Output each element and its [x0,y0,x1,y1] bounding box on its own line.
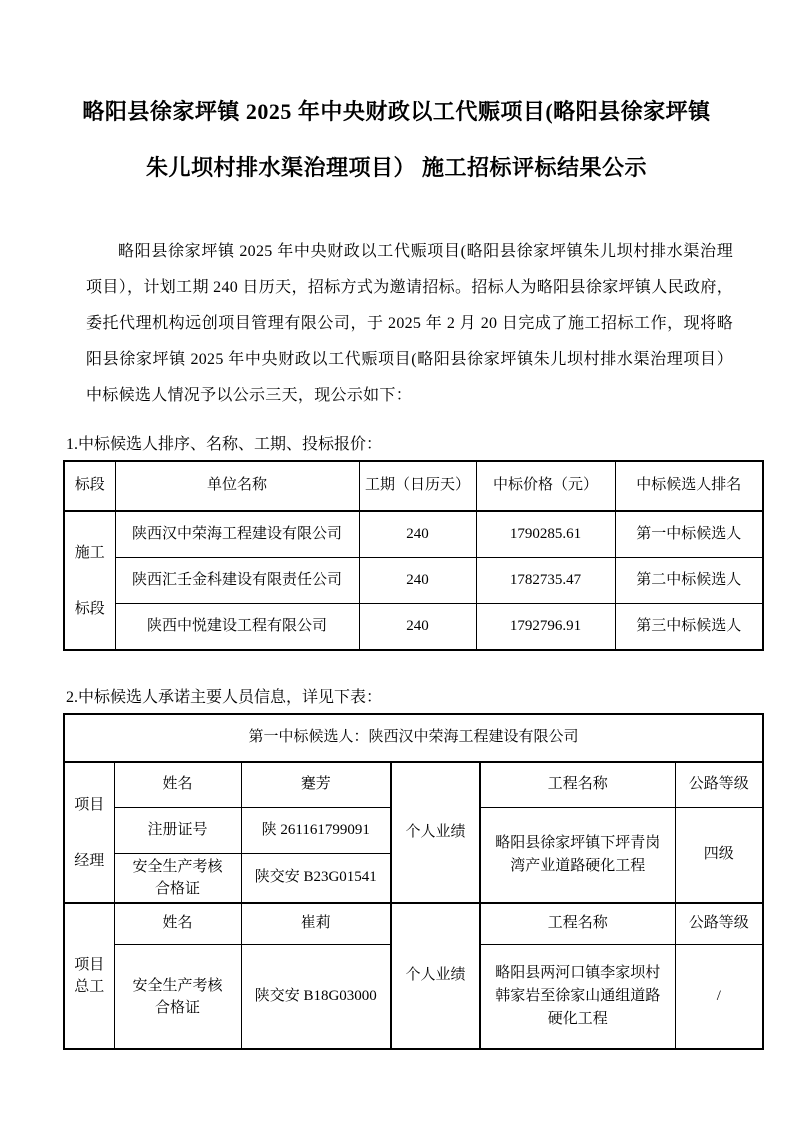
company-name-cell: 陕西汉中荣海工程建设有限公司 [115,511,359,558]
header-cell-rank: 中标候选人排名 [615,461,763,511]
manager-name-value: 蹇芳 [241,762,391,808]
section-label-line-1: 施工 [69,525,111,581]
bid-table-row-3: 陕西中悦建设工程有限公司 240 1792796.91 第三中标候选人 [64,604,763,651]
duration-cell: 240 [359,558,476,604]
chief-performance-label: 个人业绩 [391,903,480,1049]
chief-cert-label-line-1: 安全生产考核 [119,975,237,997]
section-label-line-2: 标段 [69,581,111,637]
manager-cert-label-line-1: 安全生产考核 [119,856,237,878]
section-1-heading: 1.中标候选人排序、名称、工期、投标报价： [66,434,793,456]
manager-cert-value: 陕交安 B23G01541 [241,854,391,904]
price-cell: 1782735.47 [476,558,615,604]
rank-cell: 第二中标候选人 [615,558,763,604]
chief-name-value: 崔莉 [241,903,391,945]
section-label-cell: 施工 标段 [64,511,115,650]
candidate-company-row: 第一中标候选人：陕西汉中荣海工程建设有限公司 [64,714,763,762]
chief-grade-value: / [675,945,763,1050]
header-cell-duration: 工期（日历天） [359,461,476,511]
chief-cert-value: 陕交安 B18G03000 [241,945,391,1050]
header-cell-section: 标段 [64,461,115,511]
chief-role-cell: 项目 总工 [64,903,114,1049]
chief-project-name: 略阳县两河口镇李家坝村韩家岩至徐家山通组道路硬化工程 [480,945,675,1050]
personnel-table: 第一中标候选人：陕西汉中荣海工程建设有限公司 项目 经理 姓名 蹇芳 个人业绩 … [63,713,764,1050]
manager-cert-label-line-2: 合格证 [119,878,237,900]
manager-role-line-1: 项目 [69,777,110,833]
manager-grade-header: 公路等级 [675,762,763,808]
bid-table-header-row: 标段 单位名称 工期（日历天） 中标价格（元） 中标候选人排名 [64,461,763,511]
chief-role-line-2: 总工 [69,976,110,998]
manager-reg-value: 陕 261161799091 [241,808,391,854]
chief-project-header: 工程名称 [480,903,675,945]
manager-performance-label: 个人业绩 [391,762,480,903]
document-title-line-2: 朱儿坝村排水渠治理项目） 施工招标评标结果公示 [0,140,793,196]
chief-name-label: 姓名 [114,903,241,945]
manager-reg-label: 注册证号 [114,808,241,854]
candidate-company-cell: 第一中标候选人：陕西汉中荣海工程建设有限公司 [64,714,763,762]
duration-cell: 240 [359,604,476,651]
chief-cert-label-line-2: 合格证 [119,997,237,1019]
manager-project-name: 略阳县徐家坪镇下坪青岗湾产业道路硬化工程 [480,808,675,904]
manager-role-line-2: 经理 [69,833,110,889]
manager-name-label: 姓名 [114,762,241,808]
intro-paragraph: 略阳县徐家坪镇 2025 年中央财政以工代赈项目(略阳县徐家坪镇朱儿坝村排水渠治… [86,234,733,414]
document-title: 略阳县徐家坪镇 2025 年中央财政以工代赈项目(略阳县徐家坪镇 朱儿坝村排水渠… [0,84,793,196]
document-title-line-1: 略阳县徐家坪镇 2025 年中央财政以工代赈项目(略阳县徐家坪镇 [0,84,793,140]
header-cell-price: 中标价格（元） [476,461,615,511]
rank-cell: 第三中标候选人 [615,604,763,651]
header-cell-company: 单位名称 [115,461,359,511]
duration-cell: 240 [359,511,476,558]
company-name-cell: 陕西中悦建设工程有限公司 [115,604,359,651]
chief-role-line-1: 项目 [69,954,110,976]
chief-cert-label: 安全生产考核 合格证 [114,945,241,1050]
chief-name-row: 项目 总工 姓名 崔莉 个人业绩 工程名称 公路等级 [64,903,763,945]
manager-name-row: 项目 经理 姓名 蹇芳 个人业绩 工程名称 公路等级 [64,762,763,808]
bid-table-row-2: 陕西汇壬金科建设有限责任公司 240 1782735.47 第二中标候选人 [64,558,763,604]
chief-grade-header: 公路等级 [675,903,763,945]
company-name-cell: 陕西汇壬金科建设有限责任公司 [115,558,359,604]
manager-project-header: 工程名称 [480,762,675,808]
bid-table-row-1: 施工 标段 陕西汉中荣海工程建设有限公司 240 1790285.61 第一中标… [64,511,763,558]
bid-results-table: 标段 单位名称 工期（日历天） 中标价格（元） 中标候选人排名 施工 标段 陕西… [63,460,764,651]
section-2-heading: 2.中标候选人承诺主要人员信息，详见下表： [66,687,793,709]
document-page: 略阳县徐家坪镇 2025 年中央财政以工代赈项目(略阳县徐家坪镇 朱儿坝村排水渠… [0,0,793,1122]
manager-role-cell: 项目 经理 [64,762,114,903]
manager-grade-value: 四级 [675,808,763,904]
rank-cell: 第一中标候选人 [615,511,763,558]
price-cell: 1790285.61 [476,511,615,558]
price-cell: 1792796.91 [476,604,615,651]
manager-cert-label: 安全生产考核 合格证 [114,854,241,904]
